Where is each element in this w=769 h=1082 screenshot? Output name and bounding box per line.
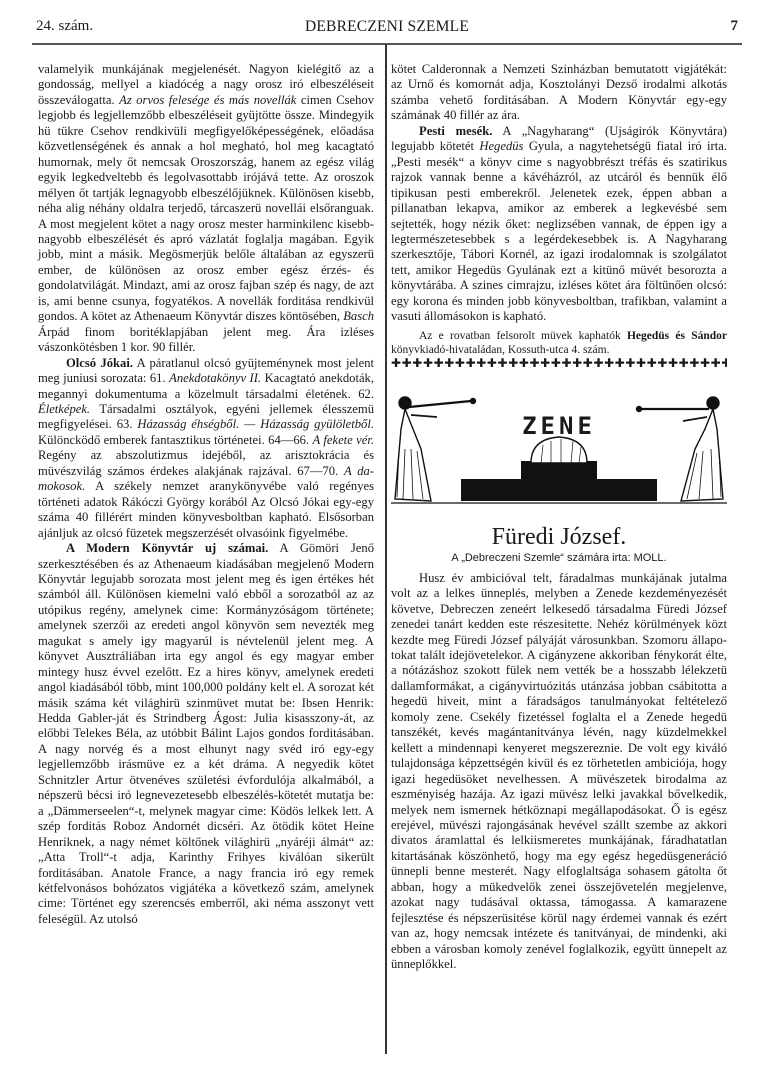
text: Különcködő emberek fantasztikus történet… bbox=[38, 433, 313, 447]
article-title: Füredi József. bbox=[391, 523, 727, 551]
section-heading: A Modern Könyvtár uj számai. bbox=[66, 541, 268, 555]
article-body: Husz év ambicióval telt, fáradalmas munk… bbox=[391, 571, 727, 973]
text: Gyula, a nagy­tehetségü fiatal iró irta.… bbox=[391, 139, 727, 323]
section-title: ZENE bbox=[391, 419, 727, 434]
book-title: Házasság éhségből. — Há­zasság gyülöletb… bbox=[137, 417, 374, 431]
bookseller-notice: Az e rovatban felsorolt müvek kaphatók H… bbox=[391, 329, 727, 357]
modern-konyvtar-review: A Modern Könyvtár uj számai. A Gömöri Je… bbox=[38, 541, 374, 927]
article-byline: A „Debreczeni Szemle“ számára irta: MOLL… bbox=[391, 551, 727, 565]
section-heading: Olcsó Jókai. bbox=[66, 356, 133, 370]
book-title: Anekdota­könyv II. bbox=[169, 371, 261, 385]
book-title: Élet­képek. bbox=[38, 402, 90, 416]
page-header: 24. szám. DEBRECZENI SZEMLE 7 bbox=[32, 18, 742, 40]
illustrator-name: Basch bbox=[343, 309, 374, 323]
bookseller-name: Hegedüs és Sándor bbox=[627, 330, 727, 342]
text: A Gömöri Jenő szerkesztésében és az Athe… bbox=[38, 541, 374, 926]
zene-section-illustration: ZENE bbox=[391, 389, 727, 507]
book-title: Az orvos fele­sége és más novellák bbox=[119, 93, 296, 107]
text: cimen Csehov legjobb és leg­jellemzőbb e… bbox=[38, 93, 374, 323]
text: Regény az abszolu­tizmus idejéből, az ar… bbox=[38, 448, 374, 477]
column-divider bbox=[385, 44, 387, 1054]
ornamental-divider: ✚✚✚✚✚✚✚✚✚✚✚✚✚✚✚✚✚✚✚✚✚✚✚✚✚✚✚✚✚✚✚✚✚✚✚✚✚✚ bbox=[391, 357, 727, 369]
text: könyvkiadó-hivataládan, Kossuth-utca 4. … bbox=[391, 344, 609, 356]
pesti-mesek-review: Pesti mesék. A „Nagyharang“ (Ujságirók K… bbox=[391, 124, 727, 325]
left-column: valamelyik munkájának megjelenését. Nagy… bbox=[38, 62, 374, 927]
right-column: kötet Calderonnak a Nemzeti Szinházban b… bbox=[391, 62, 727, 972]
trumpeters-illustration-icon bbox=[391, 389, 727, 507]
text: A székely nemzet aranykönyvébe való regé… bbox=[38, 479, 374, 539]
text: Árpád finom boritéklapjá­ban jelent meg.… bbox=[38, 325, 374, 354]
publication-title: DEBRECZENI SZEMLE bbox=[32, 18, 742, 36]
header-rule bbox=[32, 43, 742, 45]
csehov-review: valamelyik munkájának megjelenését. Nagy… bbox=[38, 62, 374, 356]
book-title: A fekete vér. bbox=[313, 433, 375, 447]
section-heading: Pesti mesék. bbox=[419, 124, 492, 138]
page-number: 7 bbox=[731, 18, 739, 35]
olcso-jokai-review: Olcsó Jókai. A páratlanul olcsó gyüjtemé… bbox=[38, 356, 374, 541]
modern-konyvtar-continued: kötet Calderonnak a Nemzeti Szinházban b… bbox=[391, 62, 727, 124]
author-name: Hegedüs bbox=[479, 139, 523, 153]
text: Az e rovatban felsorolt müvek kaphatók bbox=[419, 330, 627, 342]
